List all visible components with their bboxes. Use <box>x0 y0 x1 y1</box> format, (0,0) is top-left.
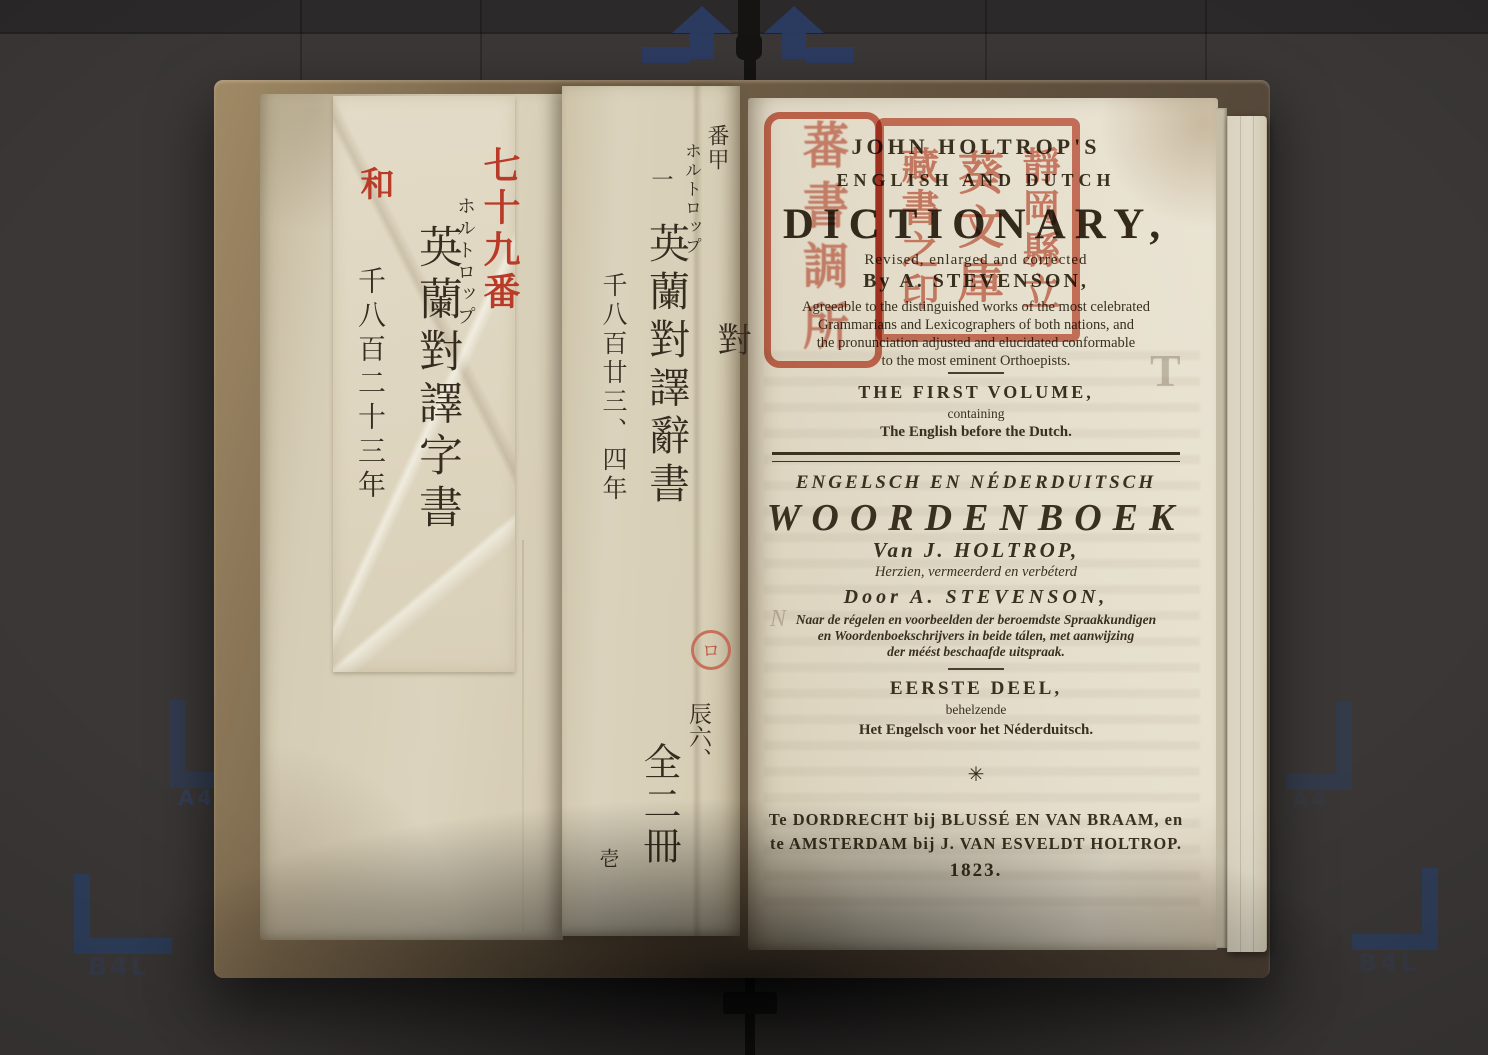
part-heading: EERSTE DEEL, <box>764 678 1188 700</box>
book-scan-photograph: B4L A4 A4 B4L 七十九番 和 ホルトロップ 英蘭對譯字書 千八百二十… <box>0 0 1488 1055</box>
label-number: 七十九番 <box>472 146 526 314</box>
dutch-van: Van J. HOLTROP, <box>764 538 1188 563</box>
label-year: 千八百二十三年 <box>350 266 390 504</box>
dutch-naar-1: Naar de régelen en voorbeelden der beroe… <box>764 612 1188 628</box>
dutch-herzien: Herzien, vermeerderd en verbéterd <box>764 564 1188 581</box>
slip-volume-count: 全二冊 <box>632 742 687 868</box>
backdrop-seam <box>300 0 302 86</box>
size-guide-label-right: A4 <box>1292 788 1329 812</box>
dutch-subtitle: ENGELSCH EN NÉDERDUITSCH <box>764 472 1188 494</box>
label-main-title: 英蘭對譯字書 <box>404 224 468 536</box>
dutch-naar-2: en Woordenboekschrijvers in beide tálen,… <box>764 628 1188 644</box>
size-guide-label-left: A4 <box>178 786 215 810</box>
page-stack-edge-outer <box>1227 116 1267 952</box>
imprint-line-1: Te DORDRECHT bij BLUSSÉ EN VAN BRAAM, en <box>764 810 1188 830</box>
slip-main-title: 英蘭對譯辭書 <box>637 222 696 510</box>
slip-circled-mark: ロ <box>691 630 731 670</box>
size-guide-label-bottom-right: B4L <box>1358 948 1419 977</box>
dutch-door: Door A. STEVENSON, <box>764 586 1188 609</box>
page-stack-edge-inner <box>1216 108 1227 948</box>
size-guide-label-bottom-left: B4L <box>88 952 149 981</box>
slip-lower-mark: 壱 <box>594 848 623 868</box>
slip-year: 千八百廿三、四年 <box>595 272 631 504</box>
dutch-title: WOORDENBOEK <box>764 496 1188 540</box>
tall-red-seal-text: 蕃書調所 <box>790 119 856 361</box>
size-guide-l-bottom-right <box>1352 868 1438 950</box>
rule-divider <box>948 668 1004 670</box>
slip-numeral: 一 <box>645 168 676 190</box>
square-seal-column-right: 靜岡縣立 <box>1011 146 1066 314</box>
cradle-post-top <box>738 0 760 36</box>
volume-contents: The English before the Dutch. <box>764 424 1188 441</box>
square-seal-column-middle: 葵文庫 <box>945 149 1011 311</box>
label-script-mark: 和 <box>350 166 399 200</box>
backdrop-seam <box>480 0 482 86</box>
square-seal-column-left: 藏書之印 <box>890 146 945 314</box>
tall-red-seal: 蕃書調所 <box>764 112 882 368</box>
dutch-naar-3: der méést beschaafde uitspraak. <box>764 644 1188 660</box>
rule-divider <box>948 372 1004 374</box>
part-behelzende: behelzende <box>764 702 1188 718</box>
size-guide-l-right <box>1286 702 1352 790</box>
imprint-year: 1823. <box>764 860 1188 882</box>
slip-header: 番甲 <box>701 124 732 172</box>
size-guide-l-bottom-left <box>74 874 172 954</box>
slip-tai-character: 對 <box>707 322 756 356</box>
volume-heading: THE FIRST VOLUME, <box>764 382 1188 403</box>
square-red-library-seal: 靜岡縣立 葵文庫 藏書之印 <box>876 118 1080 342</box>
double-rule <box>772 452 1180 462</box>
part-contents: Het Engelsch voor het Néderduitsch. <box>764 722 1188 739</box>
imprint-line-2: te AMSTERDAM bij J. VAN ESVELDT HOLTROP. <box>764 834 1188 854</box>
printer-ornament: ✳ <box>764 762 1188 787</box>
volume-containing: containing <box>764 406 1188 422</box>
left-page-crease <box>522 540 524 932</box>
